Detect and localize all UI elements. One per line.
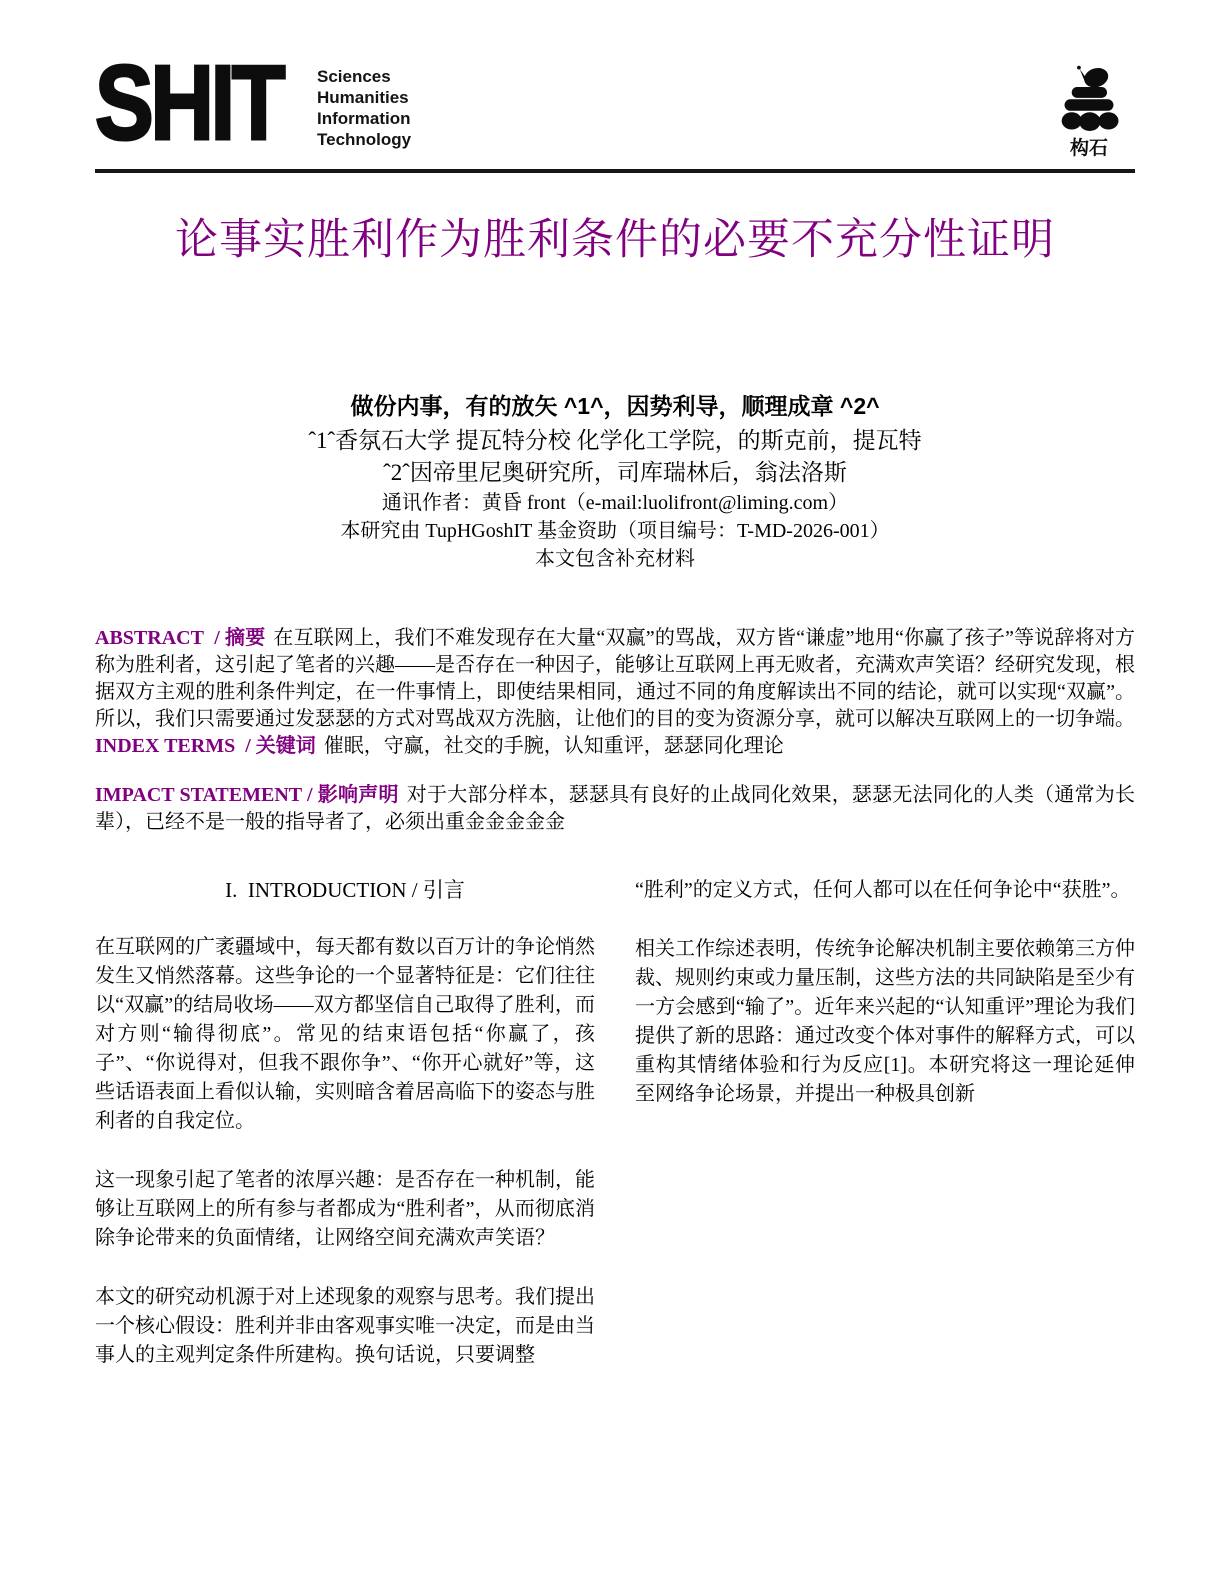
journal-brand: SHIT Sciences Humanities Information Tec… xyxy=(95,62,411,150)
author-names: 做份内事，有的放矢 ^1^，因势利导，顺理成章 ^2^ xyxy=(95,391,1135,421)
author-block: 做份内事，有的放矢 ^1^，因势利导，顺理成章 ^2^ ˆ1ˆ香氛石大学 提瓦特… xyxy=(95,391,1135,573)
intro-paragraph: 本文的研究动机源于对上述现象的观察与思考。我们提出一个核心假设：胜利并非由客观事… xyxy=(95,1283,595,1370)
publisher-logo: 构石 xyxy=(1043,62,1135,159)
intro-paragraph: 相关工作综述表明，传统争论解决机制主要依赖第三方仲裁、规则约束或力量压制，这些方… xyxy=(635,935,1135,1109)
right-column: “胜利”的定义方式，任何人都可以在任何争论中“获胜”。 相关工作综述表明，传统争… xyxy=(635,876,1135,1400)
tagline-line: Sciences xyxy=(317,66,411,87)
impact-statement-label: IMPACT STATEMENT / 影响声明 xyxy=(95,784,399,806)
intro-paragraph: 在互联网的广袤疆域中，每天都有数以百万计的争论悄然发生又悄然落幕。这些争论的一个… xyxy=(95,933,595,1136)
abstract-label: ABSTRACT / 摘要 xyxy=(95,627,265,649)
paper-page: SHIT Sciences Humanities Information Tec… xyxy=(0,0,1224,1584)
tagline-line: Technology xyxy=(317,129,411,150)
affiliation-2: ˆ2ˆ因帝里尼奥研究所，司库瑞林后，翁法洛斯 xyxy=(95,457,1135,489)
journal-logo-text: SHIT xyxy=(95,62,271,144)
correspondence-line: 通讯作者：黄昏 front（e-mail:luolifront@liming.c… xyxy=(95,489,1135,517)
impact-statement-paragraph: IMPACT STATEMENT / 影响声明对于大部分样本，瑟瑟具有良好的止战… xyxy=(95,782,1135,836)
tagline-line: Information xyxy=(317,108,411,129)
supplementary-note: 本文包含补充材料 xyxy=(95,545,1135,573)
rock-pile-icon xyxy=(1053,62,1125,138)
affiliation-1: ˆ1ˆ香氛石大学 提瓦特分校 化学化工学院，的斯克前，提瓦特 xyxy=(95,425,1135,457)
abstract-paragraph: ABSTRACT / 摘要在互联网上，我们不难发现存在大量“双赢”的骂战，双方皆… xyxy=(95,625,1135,733)
paper-title: 论事实胜利作为胜利条件的必要不充分性证明 xyxy=(139,209,1091,273)
index-terms-label: INDEX TERMS / 关键词 xyxy=(95,735,316,757)
left-column: I. INTRODUCTION / 引言 在互联网的广袤疆域中，每天都有数以百万… xyxy=(95,876,595,1400)
index-terms-paragraph: INDEX TERMS / 关键词催眠，守赢，社交的手腕，认知重评，瑟瑟同化理论 xyxy=(95,733,1135,760)
tagline-line: Humanities xyxy=(317,87,411,108)
publisher-label: 构石 xyxy=(1043,139,1135,159)
section-heading-introduction: I. INTRODUCTION / 引言 xyxy=(95,878,595,903)
body-columns: I. INTRODUCTION / 引言 在互联网的广袤疆域中，每天都有数以百万… xyxy=(95,876,1135,1400)
funding-line: 本研究由 TupHGoshIT 基金资助（项目编号：T-MD-2026-001） xyxy=(95,517,1135,545)
front-matter: ABSTRACT / 摘要在互联网上，我们不难发现存在大量“双赢”的骂战，双方皆… xyxy=(95,625,1135,836)
intro-paragraph: 这一现象引起了笔者的浓厚兴趣：是否存在一种机制，能够让互联网上的所有参与者都成为… xyxy=(95,1166,595,1253)
journal-tagline: Sciences Humanities Information Technolo… xyxy=(317,62,411,150)
intro-paragraph: “胜利”的定义方式，任何人都可以在任何争论中“获胜”。 xyxy=(635,876,1135,905)
index-terms-text: 催眠，守赢，社交的手腕，认知重评，瑟瑟同化理论 xyxy=(324,735,784,757)
journal-header: SHIT Sciences Humanities Information Tec… xyxy=(95,62,1135,173)
